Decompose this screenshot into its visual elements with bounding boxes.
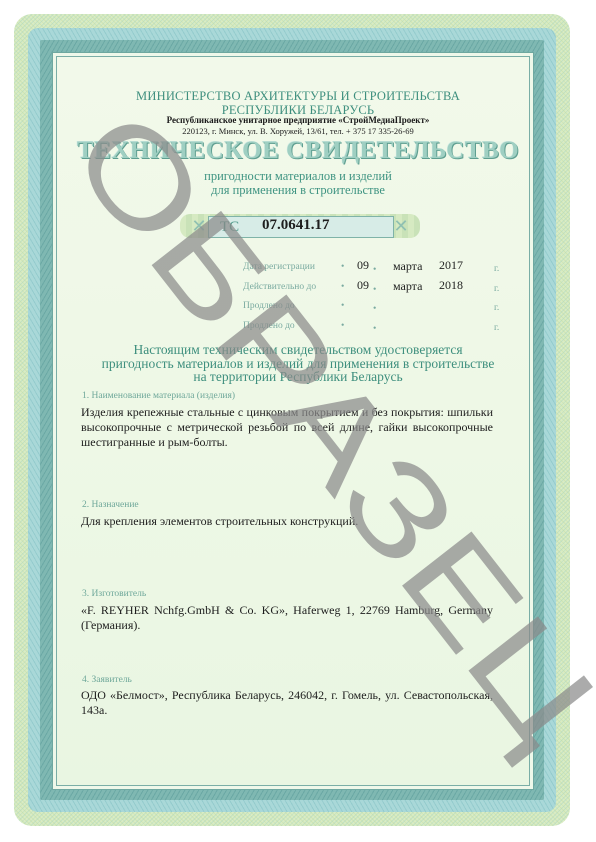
cross-ornament-icon: ✕ <box>188 216 210 236</box>
registration-row: Продлено до • • г. <box>243 301 503 321</box>
certification-statement: Настоящим техническим свидетельством удо… <box>0 343 596 384</box>
section-label-material: 1. Наименование материала (изделия) <box>82 391 235 401</box>
separator-dot: • <box>341 301 344 311</box>
section-text-purpose: Для крепления элементов строительных кон… <box>81 514 493 529</box>
reg-label: Дата регистрации <box>243 262 315 272</box>
certificate-number: 07.0641.17 <box>262 217 330 234</box>
document-title: ТЕХНИЧЕСКОЕ СВИДЕТЕЛЬСТВО <box>0 137 596 165</box>
registration-row: Продлено до • • г. <box>243 321 503 341</box>
certificate-number-banner: ✕ ✕ ТС 07.0641.17 <box>180 210 420 242</box>
reg-suffix: г. <box>494 323 499 333</box>
separator-dot: • <box>373 324 376 334</box>
separator-dot: • <box>373 285 376 295</box>
statement-line-2: пригодность материалов и изделий для при… <box>0 357 596 371</box>
number-prefix: ТС <box>220 219 239 236</box>
registration-row: Дата регистрации • 09 • марта 2017 г. <box>243 262 503 282</box>
separator-dot: • <box>373 304 376 314</box>
section-label-applicant: 4. Заявитель <box>82 675 132 685</box>
reg-label: Продлено до <box>243 321 295 331</box>
statement-line-1: Настоящим техническим свидетельством удо… <box>0 343 596 357</box>
reg-suffix: г. <box>494 303 499 313</box>
separator-dot: • <box>341 282 344 292</box>
reg-year: 2017 <box>439 258 463 273</box>
ministry-header: МИНИСТЕРСТВО АРХИТЕКТУРЫ И СТРОИТЕЛЬСТВА… <box>0 89 596 117</box>
separator-dot: • <box>341 321 344 331</box>
subtitle-line-2: для применения в строительстве <box>0 183 596 197</box>
reg-month: марта <box>393 279 422 294</box>
registration-row: Действительно до • 09 • марта 2018 г. <box>243 282 503 302</box>
subtitle-line-1: пригодности материалов и изделий <box>0 169 596 183</box>
reg-label: Продлено до <box>243 301 295 311</box>
registration-table: Дата регистрации • 09 • марта 2017 г. Де… <box>243 262 503 340</box>
section-label-purpose: 2. Назначение <box>82 500 139 510</box>
enterprise-name: Республиканское унитарное предприятие «С… <box>0 115 596 125</box>
reg-year: 2018 <box>439 278 463 293</box>
ministry-line-1: МИНИСТЕРСТВО АРХИТЕКТУРЫ И СТРОИТЕЛЬСТВА <box>0 89 596 103</box>
reg-label: Действительно до <box>243 282 316 292</box>
section-text-material: Изделия крепежные стальные с цинковым по… <box>81 405 493 451</box>
section-text-applicant: ОДО «Белмост», Республика Беларусь, 2460… <box>81 688 493 718</box>
reg-month: марта <box>393 259 422 274</box>
reg-suffix: г. <box>494 264 499 274</box>
section-label-manufacturer: 3. Изготовитель <box>82 589 146 599</box>
document-subtitle: пригодности материалов и изделий для при… <box>0 169 596 197</box>
section-text-manufacturer: «F. REYHER Nchfg.GmbH & Co. KG», Haferwe… <box>81 603 493 633</box>
separator-dot: • <box>341 262 344 272</box>
reg-suffix: г. <box>494 284 499 294</box>
separator-dot: • <box>373 265 376 275</box>
statement-line-3: на территории Республики Беларусь <box>0 370 596 384</box>
reg-day: 09 <box>357 278 369 293</box>
reg-day: 09 <box>357 258 369 273</box>
enterprise-address: 220123, г. Минск, ул. В. Хоружей, 13/61,… <box>0 126 596 136</box>
